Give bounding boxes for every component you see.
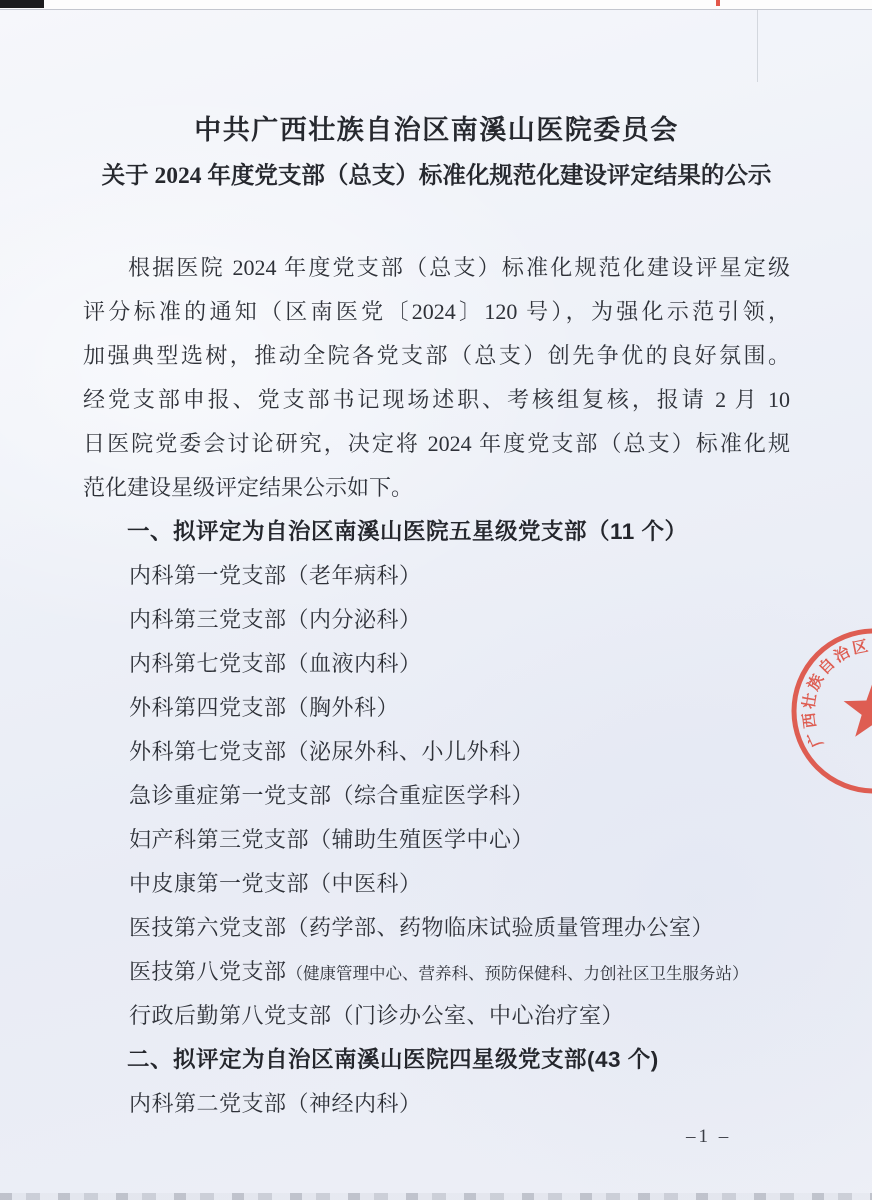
list-item-main: 医技第八党支部 xyxy=(129,959,287,984)
scan-artifact-bottom-edge xyxy=(0,1193,872,1200)
scan-artifact-red-tick xyxy=(716,0,720,6)
paragraph-line: 范化建设星级评定结果公示如下。 xyxy=(83,466,790,510)
document-title: 中共广西壮族自治区南溪山医院委员会 xyxy=(83,112,790,148)
paragraph-line: 加强典型选树，推动全院各党支部（总支）创先争优的良好氛围。 xyxy=(83,334,790,378)
document-content: 中共广西壮族自治区南溪山医院委员会 关于 2024 年度党支部（总支）标准化规范… xyxy=(83,112,790,1126)
scan-artifact-vertical-line xyxy=(757,10,758,82)
document-page: 广西壮族自治区南溪山医院委员会 中共广西壮族自治区南溪山医院委员会 关于 202… xyxy=(0,0,872,1200)
section-heading-four-star: 二、拟评定为自治区南溪山医院四星级党支部(43 个) xyxy=(127,1038,790,1082)
page-number: –1 – xyxy=(686,1126,731,1148)
section-heading-five-star: 一、拟评定为自治区南溪山医院五星级党支部（11 个） xyxy=(127,510,790,554)
document-body: 根据医院 2024 年度党支部（总支）标准化规范化建设评星定级 评分标准的通知（… xyxy=(83,246,790,1126)
list-item: 急诊重症第一党支部（综合重症医学科） xyxy=(129,774,790,818)
paragraph-line: 根据医院 2024 年度党支部（总支）标准化规范化建设评星定级 xyxy=(83,246,790,290)
list-item: 内科第二党支部（神经内科） xyxy=(129,1082,790,1126)
paragraph-line: 日医院党委会讨论研究，决定将 2024 年度党支部（总支）标准化规 xyxy=(83,422,790,466)
list-item: 医技第六党支部（药学部、药物临床试验质量管理办公室） xyxy=(129,906,790,950)
list-item: 医技第八党支部（健康管理中心、营养科、预防保健科、力创社区卫生服务站） xyxy=(129,950,790,994)
list-item: 外科第四党支部（胸外科） xyxy=(129,686,790,730)
list-item: 行政后勤第八党支部（门诊办公室、中心治疗室） xyxy=(129,994,790,1038)
paragraph-line: 经党支部申报、党支部书记现场述职、考核组复核，报请 2 月 10 xyxy=(83,378,790,422)
seal-star-icon xyxy=(844,679,872,737)
paragraph-line: 评分标准的通知（区南医党〔2024〕120 号），为强化示范引领， xyxy=(83,290,790,334)
list-item: 内科第一党支部（老年病科） xyxy=(129,554,790,598)
list-item: 外科第七党支部（泌尿外科、小儿外科） xyxy=(129,730,790,774)
list-item: 中皮康第一党支部（中医科） xyxy=(129,862,790,906)
list-item-detail: （健康管理中心、营养科、预防保健科、力创社区卫生服务站） xyxy=(287,964,749,983)
scan-artifact-corner-mark xyxy=(0,0,44,8)
list-item: 内科第三党支部（内分泌科） xyxy=(129,598,790,642)
scan-artifact-top-edge xyxy=(0,0,872,10)
document-subtitle: 关于 2024 年度党支部（总支）标准化规范化建设评定结果的公示 xyxy=(83,159,790,193)
list-item: 内科第七党支部（血液内科） xyxy=(129,642,790,686)
list-item: 妇产科第三党支部（辅助生殖医学中心） xyxy=(129,818,790,862)
